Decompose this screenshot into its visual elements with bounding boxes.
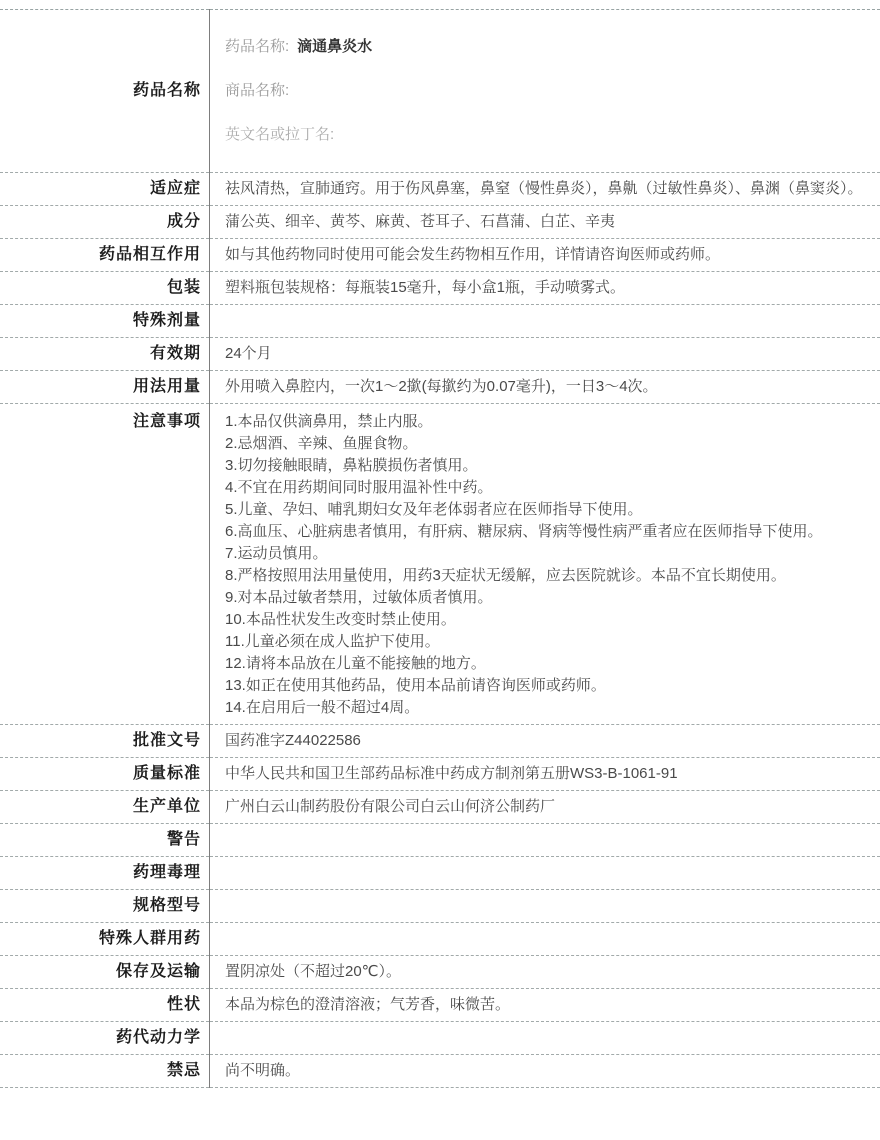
row-label-pharmacology: 药理毒理 [0, 857, 210, 890]
table-row-quality-standard: 质量标准 中华人民共和国卫生部药品标准中药成方制剂第五册WS3-B-1061-9… [0, 758, 880, 791]
row-value-specification [210, 890, 880, 923]
row-label-specification: 规格型号 [0, 890, 210, 923]
row-value-manufacturer: 广州白云山制药股份有限公司白云山何济公制药厂 [210, 791, 880, 824]
table-row-contraindications: 禁忌 尚不明确。 [0, 1055, 880, 1088]
row-value-drug-name: 药品名称:滴通鼻炎水 商品名称: 英文名或拉丁名: [210, 10, 880, 173]
row-label-dosage: 用法用量 [0, 371, 210, 404]
table-row-special-population: 特殊人群用药 [0, 923, 880, 956]
row-label-special-dosage: 特殊剂量 [0, 305, 210, 338]
row-label-warning: 警告 [0, 824, 210, 857]
trade-name-key: 商品名称: [225, 82, 289, 99]
drug-info-page: { "table": { "rows": { "drug_name": { "l… [0, 0, 880, 1140]
row-label-storage: 保存及运输 [0, 956, 210, 989]
table-row-properties: 性状 本品为棕色的澄清溶液；气芳香，味微苦。 [0, 989, 880, 1022]
row-label-interactions: 药品相互作用 [0, 239, 210, 272]
table-row-shelf-life: 有效期 24个月 [0, 338, 880, 371]
table-row-pharmacology: 药理毒理 [0, 857, 880, 890]
row-label-precautions: 注意事项 [0, 404, 210, 725]
table-row-precautions: 注意事项 1.本品仅供滴鼻用，禁止内服。 2.忌烟酒、辛辣、鱼腥食物。 3.切勿… [0, 404, 880, 725]
row-value-indications: 祛风清热，宣肺通窍。用于伤风鼻塞，鼻窒（慢性鼻炎），鼻鼽（过敏性鼻炎）、鼻渊（鼻… [210, 173, 880, 206]
table-row-dosage: 用法用量 外用喷入鼻腔内，一次1～2撳(每撳约为0.07毫升)，一日3～4次。 [0, 371, 880, 404]
trade-name-line: 商品名称: [225, 80, 868, 102]
table-row-specification: 规格型号 [0, 890, 880, 923]
table-row-drug-name: 药品名称 药品名称:滴通鼻炎水 商品名称: 英文名或拉丁名: [0, 10, 880, 173]
table-row-storage: 保存及运输 置阴凉处（不超过20℃）。 [0, 956, 880, 989]
row-value-packaging: 塑料瓶包装规格：每瓶装15毫升，每小盒1瓶，手动喷雾式。 [210, 272, 880, 305]
row-label-drug-name: 药品名称 [0, 10, 210, 173]
row-label-manufacturer: 生产单位 [0, 791, 210, 824]
row-label-properties: 性状 [0, 989, 210, 1022]
row-value-properties: 本品为棕色的澄清溶液；气芳香，味微苦。 [210, 989, 880, 1022]
row-value-shelf-life: 24个月 [210, 338, 880, 371]
table-row-approval-number: 批准文号 国药准字Z44022586 [0, 725, 880, 758]
row-label-pharmacokinetics: 药代动力学 [0, 1022, 210, 1055]
drug-name-value: 滴通鼻炎水 [297, 38, 372, 55]
table-row-indications: 适应症 祛风清热，宣肺通窍。用于伤风鼻塞，鼻窒（慢性鼻炎），鼻鼽（过敏性鼻炎）、… [0, 173, 880, 206]
english-name-key: 英文名或拉丁名: [225, 126, 334, 143]
row-label-approval-number: 批准文号 [0, 725, 210, 758]
english-name-line: 英文名或拉丁名: [225, 124, 868, 146]
row-value-ingredients: 蒲公英、细辛、黄芩、麻黄、苍耳子、石菖蒲、白芷、辛夷 [210, 206, 880, 239]
row-label-special-population: 特殊人群用药 [0, 923, 210, 956]
row-value-approval-number: 国药准字Z44022586 [210, 725, 880, 758]
row-value-storage: 置阴凉处（不超过20℃）。 [210, 956, 880, 989]
drug-name-key: 药品名称: [225, 38, 289, 55]
row-value-contraindications: 尚不明确。 [210, 1055, 880, 1088]
row-value-pharmacology [210, 857, 880, 890]
row-value-special-dosage [210, 305, 880, 338]
row-label-packaging: 包装 [0, 272, 210, 305]
row-value-dosage: 外用喷入鼻腔内，一次1～2撳(每撳约为0.07毫升)，一日3～4次。 [210, 371, 880, 404]
table-row-interactions: 药品相互作用 如与其他药物同时使用可能会发生药物相互作用，详情请咨询医师或药师。 [0, 239, 880, 272]
table-row-ingredients: 成分 蒲公英、细辛、黄芩、麻黄、苍耳子、石菖蒲、白芷、辛夷 [0, 206, 880, 239]
row-value-special-population [210, 923, 880, 956]
drug-info-table: 药品名称 药品名称:滴通鼻炎水 商品名称: 英文名或拉丁名: 适应症 祛风清热，… [0, 9, 880, 1088]
row-label-quality-standard: 质量标准 [0, 758, 210, 791]
row-value-precautions: 1.本品仅供滴鼻用，禁止内服。 2.忌烟酒、辛辣、鱼腥食物。 3.切勿接触眼睛，… [210, 404, 880, 725]
table-row-warning: 警告 [0, 824, 880, 857]
table-row-packaging: 包装 塑料瓶包装规格：每瓶装15毫升，每小盒1瓶，手动喷雾式。 [0, 272, 880, 305]
table-row-special-dosage: 特殊剂量 [0, 305, 880, 338]
row-value-pharmacokinetics [210, 1022, 880, 1055]
row-label-ingredients: 成分 [0, 206, 210, 239]
row-value-warning [210, 824, 880, 857]
row-value-interactions: 如与其他药物同时使用可能会发生药物相互作用，详情请咨询医师或药师。 [210, 239, 880, 272]
drug-info-sheet: 药品名称 药品名称:滴通鼻炎水 商品名称: 英文名或拉丁名: 适应症 祛风清热，… [0, 0, 880, 1088]
row-value-quality-standard: 中华人民共和国卫生部药品标准中药成方制剂第五册WS3-B-1061-91 [210, 758, 880, 791]
table-row-pharmacokinetics: 药代动力学 [0, 1022, 880, 1055]
drug-name-line: 药品名称:滴通鼻炎水 [225, 36, 868, 58]
row-label-contraindications: 禁忌 [0, 1055, 210, 1088]
table-row-manufacturer: 生产单位 广州白云山制药股份有限公司白云山何济公制药厂 [0, 791, 880, 824]
row-label-shelf-life: 有效期 [0, 338, 210, 371]
row-label-indications: 适应症 [0, 173, 210, 206]
